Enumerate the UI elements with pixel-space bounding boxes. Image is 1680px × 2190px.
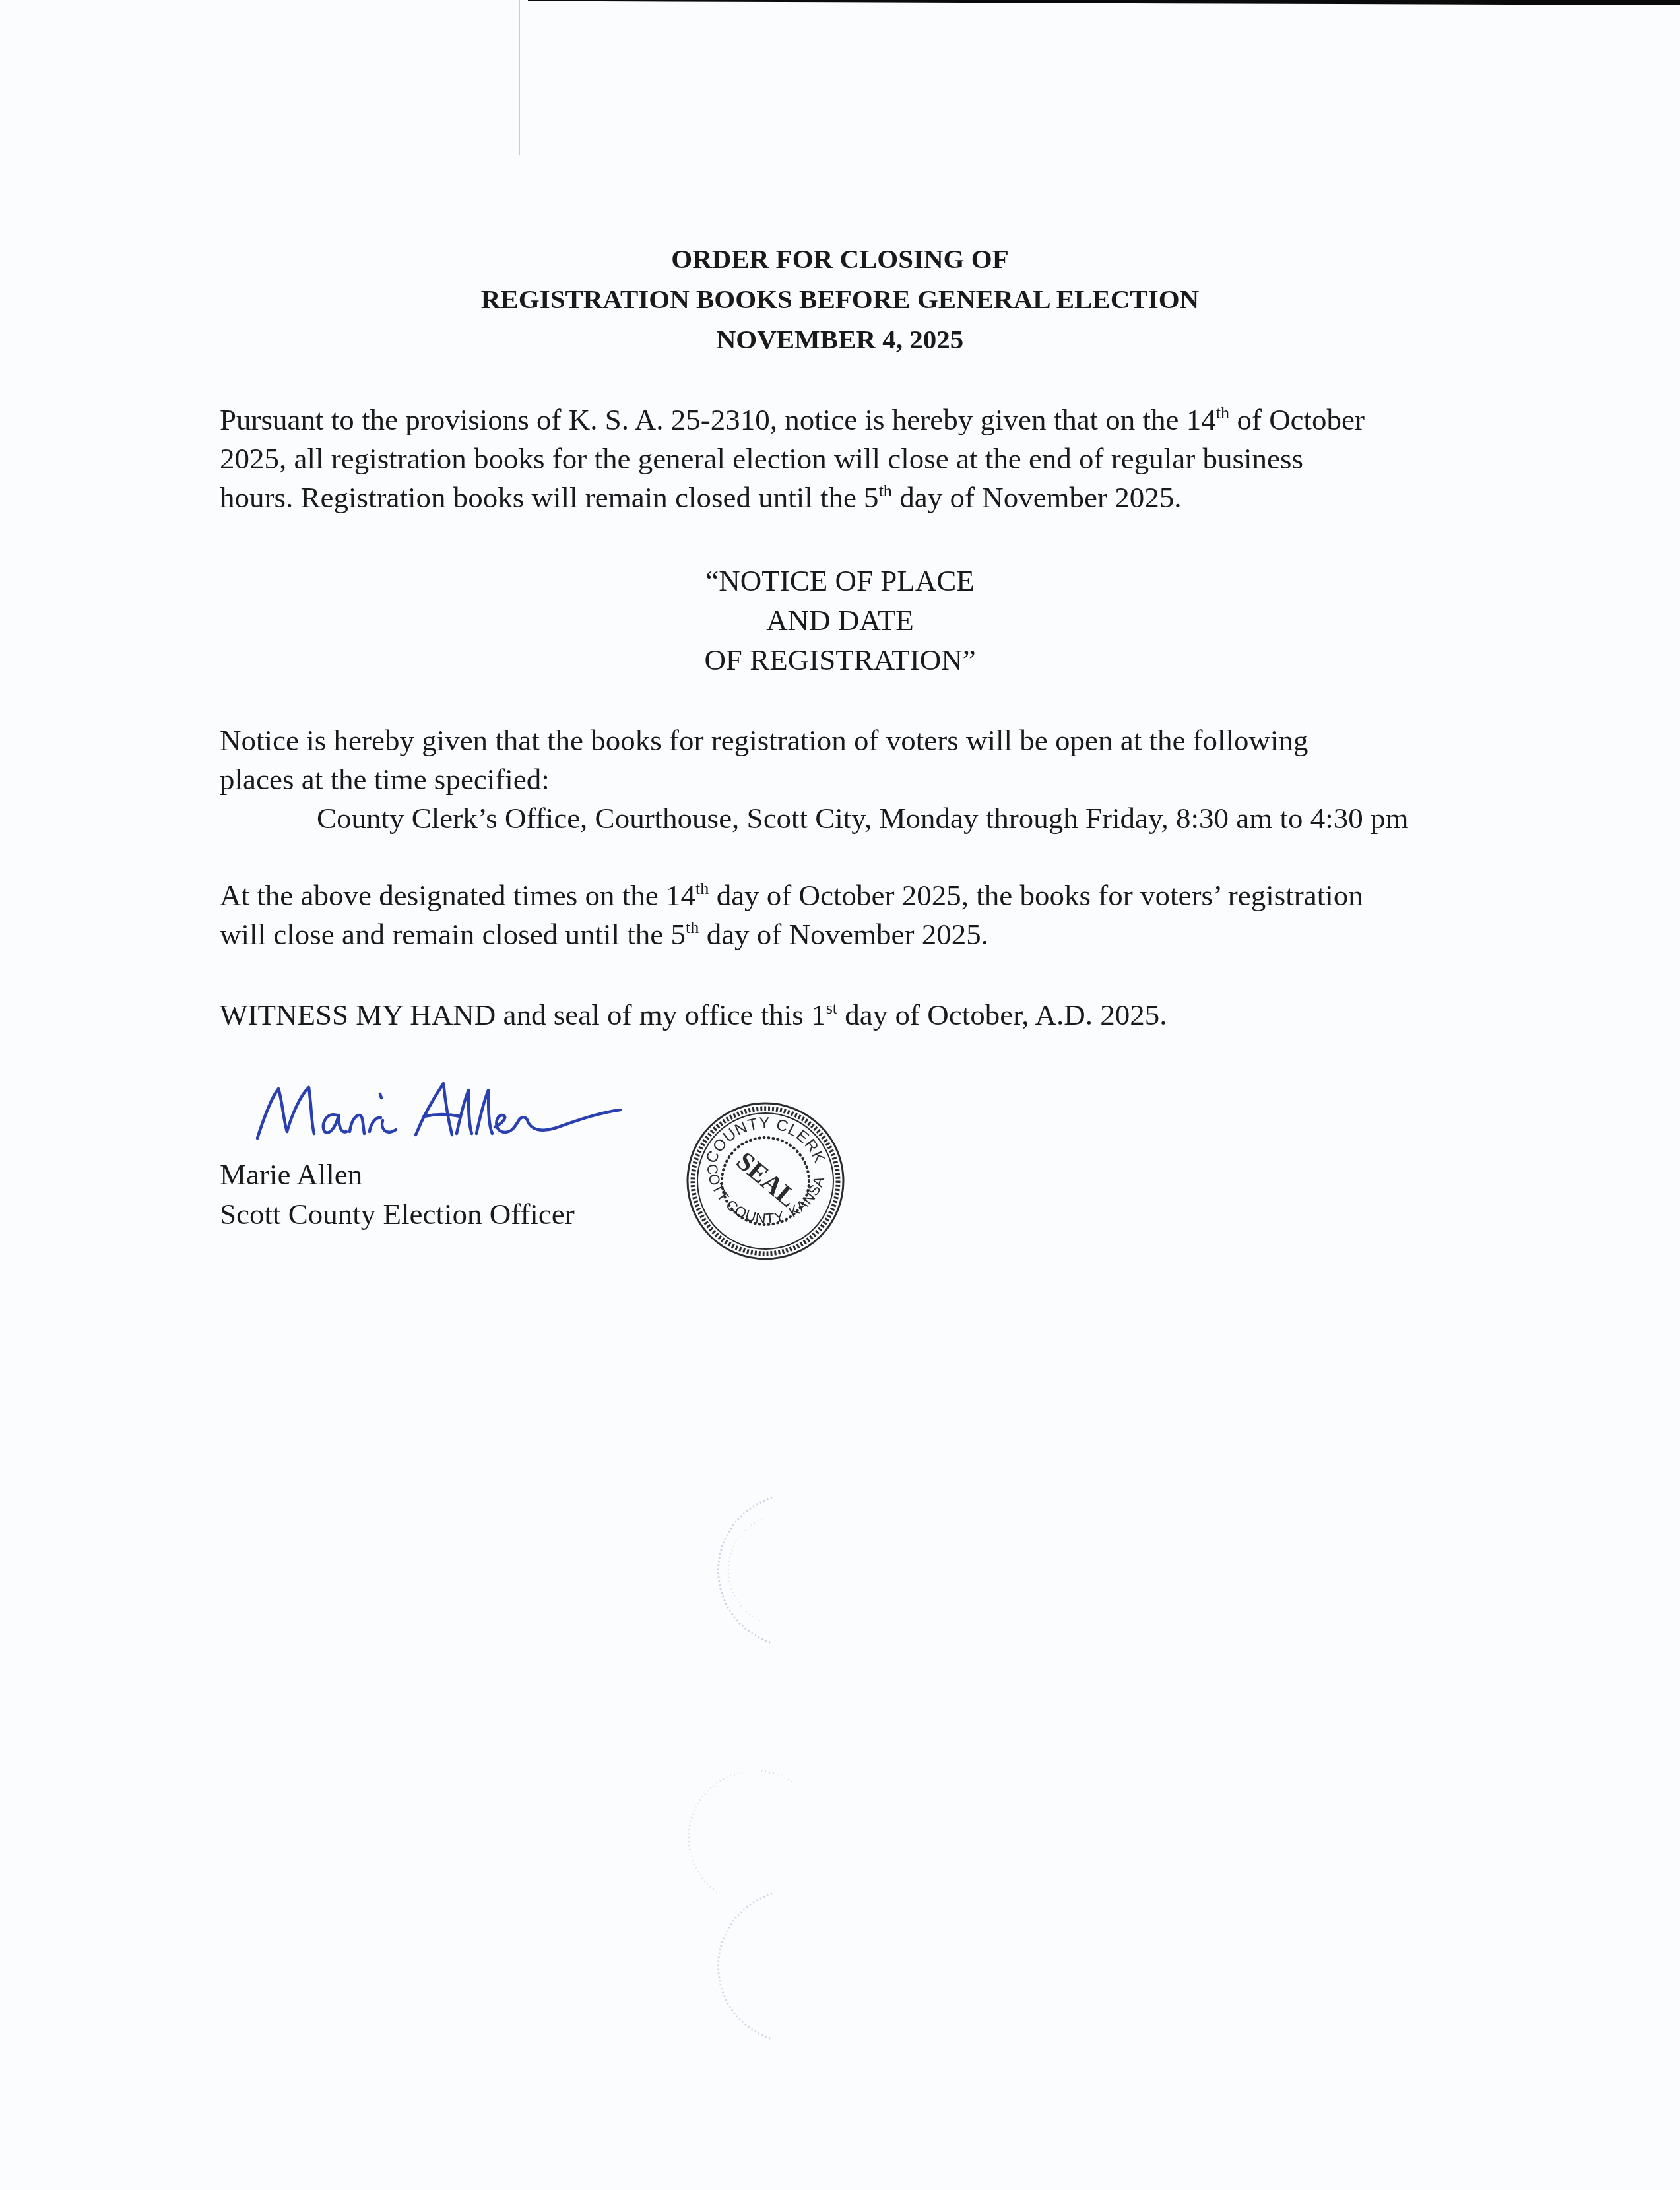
para1-line-2: 2025, all registration books for the gen…: [220, 439, 1473, 478]
notice-heading: “NOTICE OF PLACE AND DATE OF REGISTRATIO…: [0, 561, 1680, 680]
embossed-seal-impression: [680, 1491, 798, 1650]
embossed-seal-impression: [680, 1768, 798, 1900]
registration-location: County Clerk’s Office, Courthouse, Scott…: [220, 799, 1473, 838]
document-page: ORDER FOR CLOSING OF REGISTRATION BOOKS …: [0, 0, 1680, 2190]
svg-text:SEAL: SEAL: [731, 1145, 803, 1213]
scan-edge-shadow: [528, 0, 1680, 5]
para1-line-1: Pursuant to the provisions of K. S. A. 2…: [220, 401, 1473, 439]
paragraph-registration-places: Notice is hereby given that the books fo…: [220, 721, 1473, 838]
signer-name: Marie Allen: [220, 1155, 575, 1194]
notice-heading-line-2: AND DATE: [0, 600, 1680, 640]
notice-heading-line-3: OF REGISTRATION”: [0, 640, 1680, 680]
paragraph-closing-notice: Pursuant to the provisions of K. S. A. 2…: [220, 401, 1473, 517]
handwritten-signature: [251, 1076, 647, 1148]
para2-line-1: Notice is hereby given that the books fo…: [220, 721, 1473, 760]
title-line-1: ORDER FOR CLOSING OF: [0, 239, 1680, 279]
embossed-seal-impression: [680, 1887, 798, 2045]
para3-line-1: At the above designated times on the 14t…: [220, 876, 1473, 915]
county-clerk-seal-icon: COUNTY CLERK SCOTT COUNTY, KANSAS SEAL: [680, 1095, 851, 1267]
title-line-3: NOVEMBER 4, 2025: [0, 319, 1680, 360]
signer-title: Scott County Election Officer: [220, 1194, 575, 1234]
document-title: ORDER FOR CLOSING OF REGISTRATION BOOKS …: [0, 239, 1680, 360]
paper-crease: [519, 0, 520, 155]
notice-heading-line-1: “NOTICE OF PLACE: [0, 561, 1680, 600]
witness-statement: WITNESS MY HAND and seal of my office th…: [220, 996, 1473, 1035]
signer-block: Marie Allen Scott County Election Office…: [220, 1155, 575, 1234]
para3-line-2: will close and remain closed until the 5…: [220, 915, 1473, 954]
title-line-2: REGISTRATION BOOKS BEFORE GENERAL ELECTI…: [0, 279, 1680, 319]
para2-line-2: places at the time specified:: [220, 760, 1473, 799]
paragraph-closing-times: At the above designated times on the 14t…: [220, 876, 1473, 954]
para1-line-3: hours. Registration books will remain cl…: [220, 478, 1473, 517]
